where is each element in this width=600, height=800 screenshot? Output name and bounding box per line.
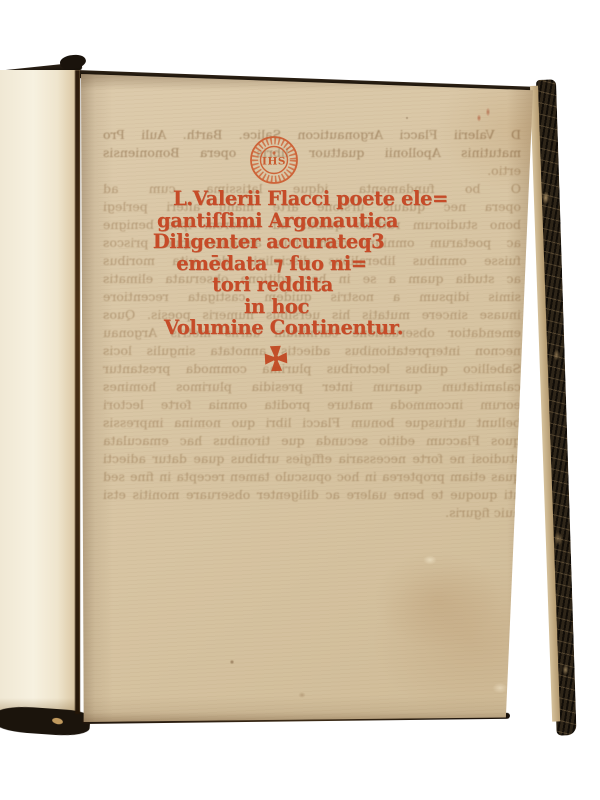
title-line: gantiſſimi Argonautica	[95, 210, 460, 232]
ihs-monogram: IHS	[262, 156, 286, 168]
showthrough-line: bellunt utriusque bonum Flacci libri quo…	[103, 414, 521, 432]
title-line: L.Valerii Flacci poete ele=	[128, 188, 493, 210]
title-text-block: L.Valerii Flacci poete ele= gantiſſimi A…	[95, 188, 460, 339]
title-page: D Valerii Flacci Argonauticon Salice. Ba…	[81, 74, 533, 722]
showthrough-line: calamitatum quarum inter presidia plurim…	[103, 378, 521, 396]
showthrough-line: studiosi ne forte necessaria effigies ur…	[103, 450, 521, 468]
cross-pattee-icon	[263, 344, 288, 372]
book-photograph: D Valerii Flacci Argonauticon Salice. Ba…	[0, 0, 600, 800]
facing-blank-page	[0, 70, 80, 712]
title-line: Diligenter accurateq3	[86, 231, 451, 253]
endband	[59, 53, 87, 71]
showthrough-line: Sabellico quibus lectoribus plurima comm…	[103, 360, 521, 378]
showthrough-line: uti quoque te bene ualere ac diligenter …	[103, 486, 521, 504]
title-line: Volumine Continentur.	[101, 317, 466, 339]
showthrough-line: matutinis Apollonii quattuor libris oper…	[103, 144, 521, 162]
ihs-monogram-device-icon: IHS	[249, 135, 299, 185]
showthrough-line: quos Flaccum editio secunda que tironibu…	[103, 432, 521, 450]
showthrough-line: eorum incommoda mature prodita omnia for…	[103, 396, 521, 414]
showthrough-line: ertio.	[103, 162, 521, 180]
showthrough-line: huic figuris.	[103, 504, 521, 522]
title-line: in hoc	[94, 296, 459, 318]
showthrough-line: necnon interpretationibus adiectis annot…	[103, 342, 521, 360]
title-line: tori reddita	[90, 274, 455, 296]
gutter-shadow	[75, 70, 80, 714]
title-line: emēdata ⁊ ſuo ni=	[89, 253, 454, 275]
showthrough-line: quas etiam propterea in hoc opusculo tam…	[103, 468, 521, 486]
showthrough-line: D Valerii Flacci Argonauticon Salice. Ba…	[103, 126, 521, 144]
